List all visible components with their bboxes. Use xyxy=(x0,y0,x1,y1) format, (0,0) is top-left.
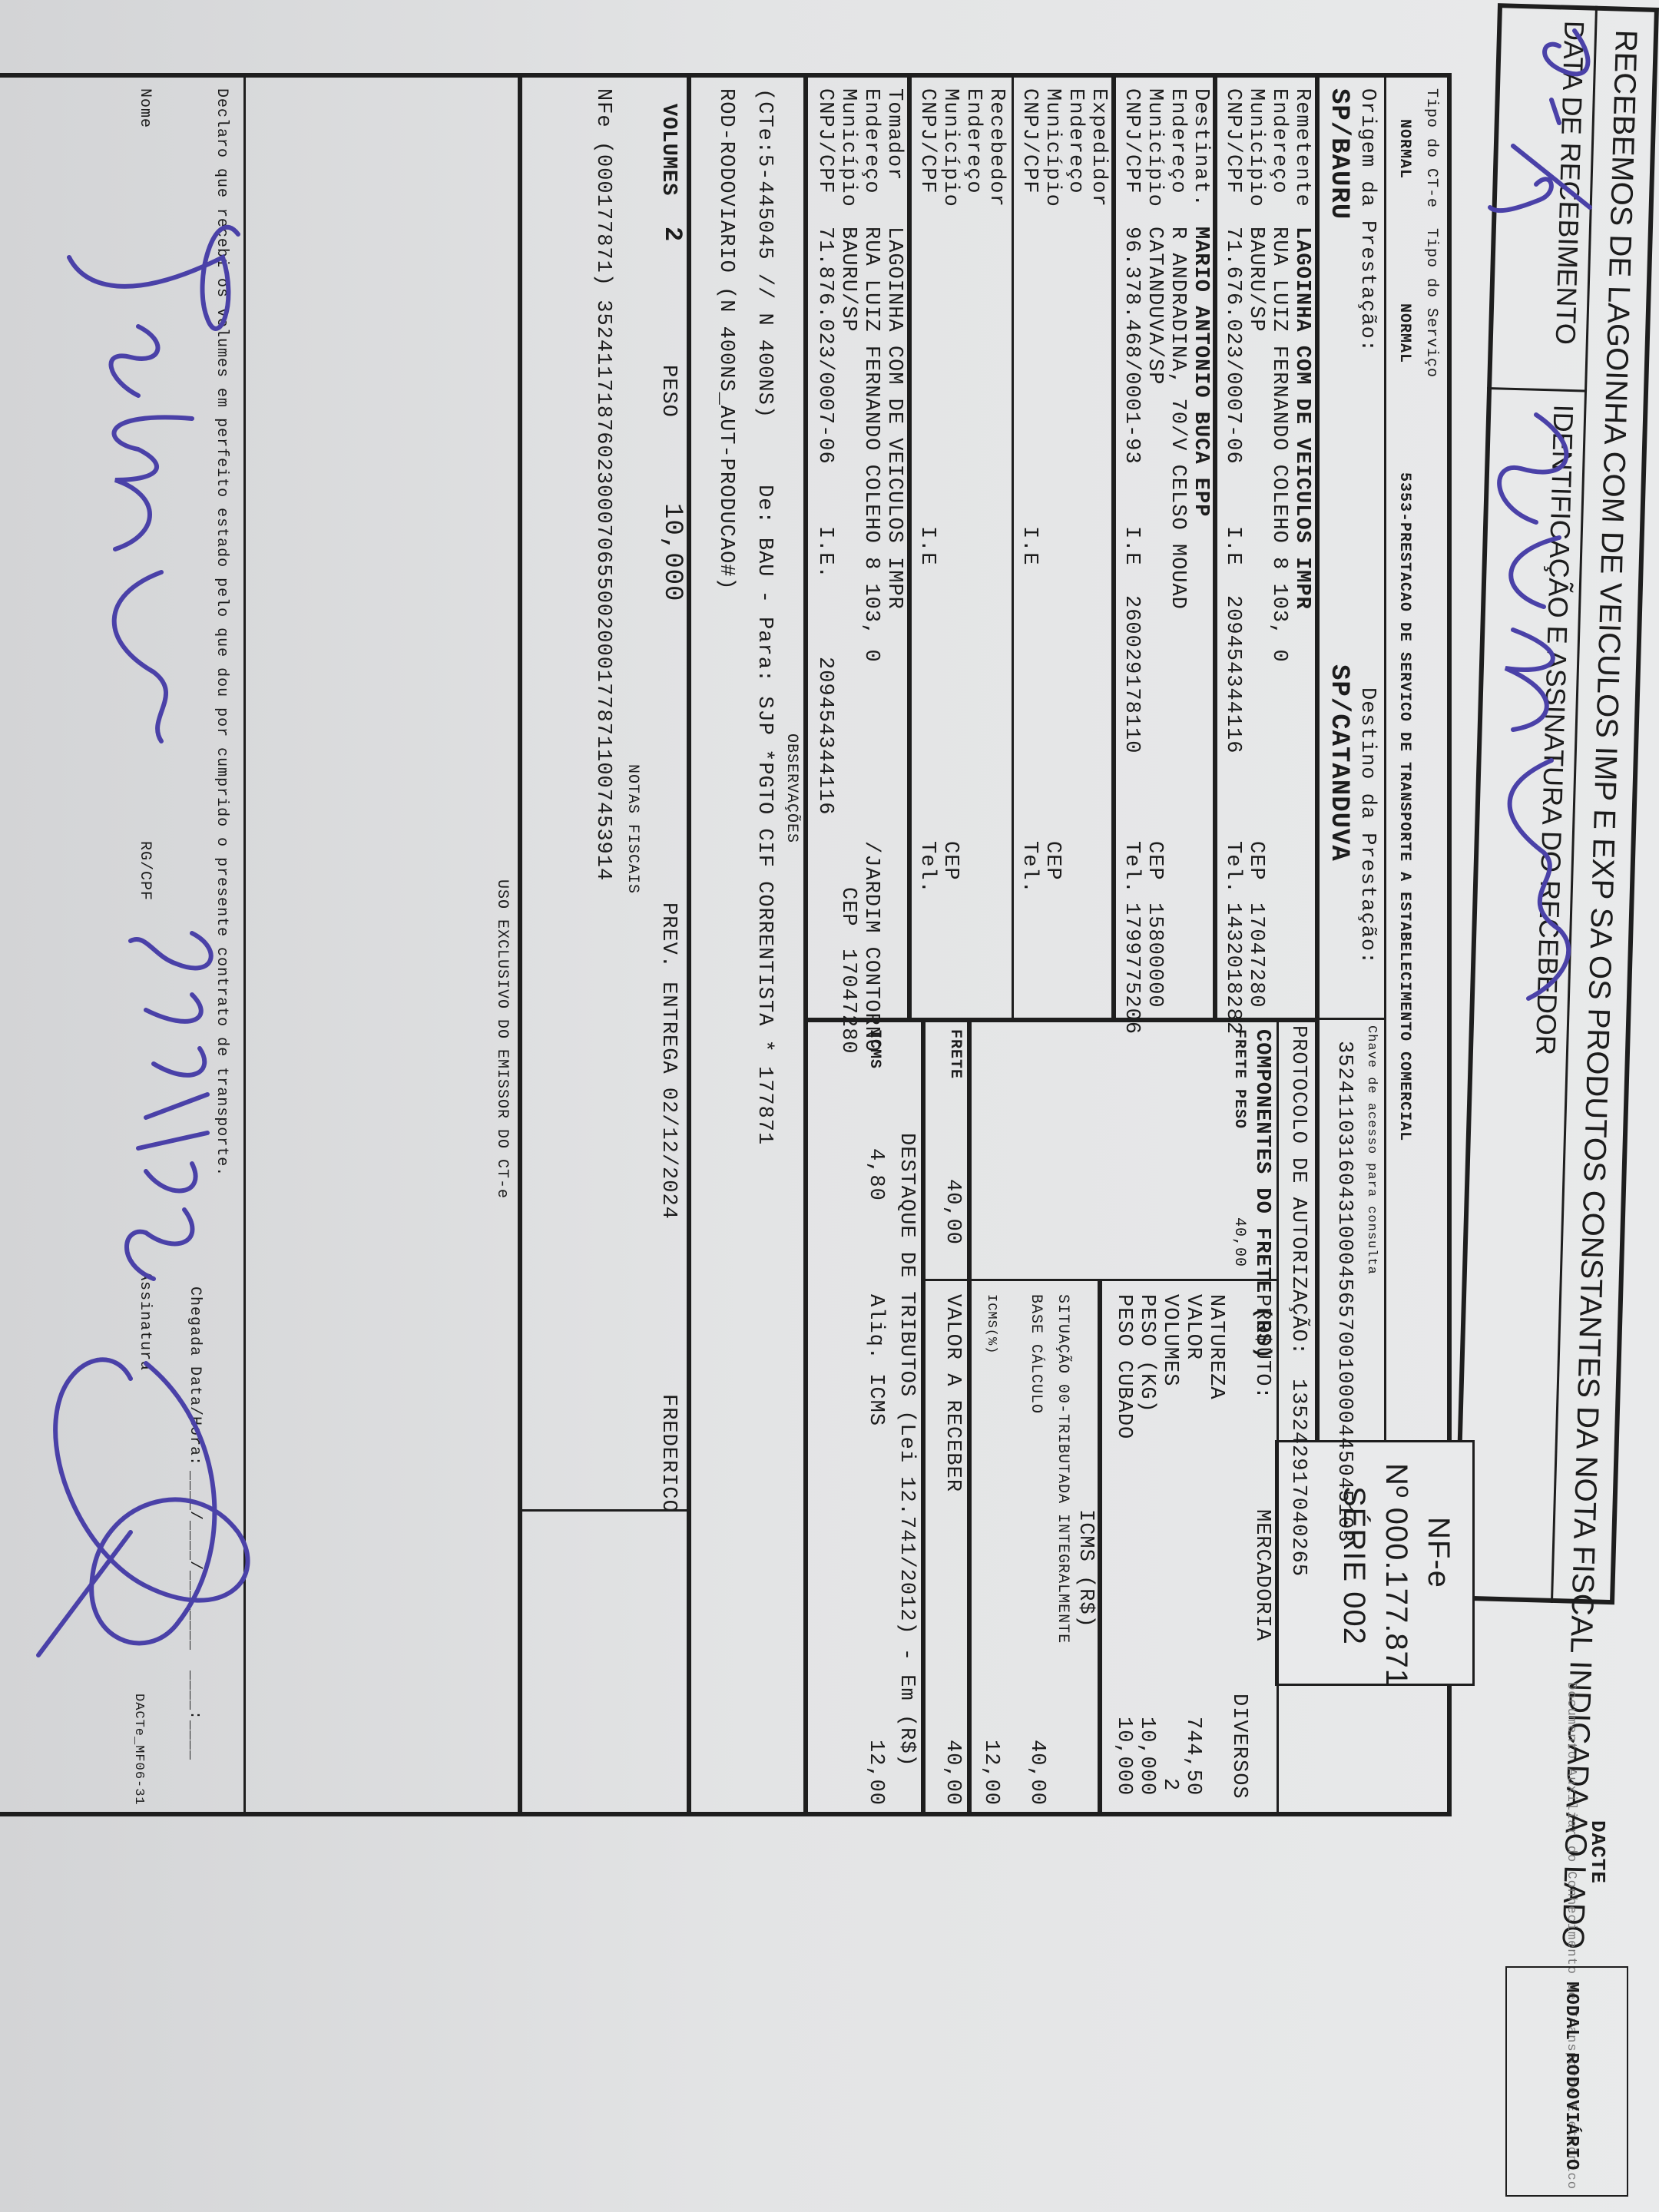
divider xyxy=(1111,73,1116,1018)
freight-item-label: FRETE PESO xyxy=(1230,1029,1248,1129)
main-form: NF-e Nº 000.177.871 SÉRIE 002 Tipo do CT… xyxy=(0,73,1452,1816)
divider xyxy=(1098,1279,1102,1816)
weight-label: PESO (KG) xyxy=(1135,1294,1158,1413)
divider xyxy=(808,1018,1320,1022)
icms-situation: SITUAÇÃO 00-TRIBUTADA INTEGRALMENTE xyxy=(1053,1294,1071,1644)
sender-doc-label: CNPJ/CPF xyxy=(1221,88,1244,194)
emitter-label: USO EXCLUSIVO DO EMISSOR DO CT-e xyxy=(492,879,511,1199)
divider xyxy=(907,73,912,1018)
driver-name: FREDERICO xyxy=(657,1394,680,1513)
divider xyxy=(1384,73,1386,1440)
divider xyxy=(1315,73,1320,1440)
dest-value: SP/CATANDUVA xyxy=(1324,664,1353,862)
recipient-ie: 260029178110 xyxy=(1120,595,1143,753)
recipient-doc: 96.378.468/0001-93 xyxy=(1120,227,1143,465)
payer-cep-label: CEP xyxy=(836,887,859,927)
recipient-city-label: Município xyxy=(1143,88,1166,207)
receipt-stub: RECEBEMOS DE LAGOINHA COM DE VEICULOS IM… xyxy=(1449,3,1659,1620)
divider xyxy=(921,1018,926,1816)
icms-rate-label: ICMS(%) xyxy=(983,1294,998,1354)
icms-base-label: BASE CÁLCULO xyxy=(1026,1294,1045,1414)
access-key: 35241103160431000456570010000445045103 xyxy=(1333,1041,1356,1543)
icms-base-value: 40,00 xyxy=(1025,1740,1048,1806)
invoice-line: NFe (000177871) 352411718760230007065500… xyxy=(591,88,614,881)
divider xyxy=(972,1279,1279,1281)
product-header: MERCADORIA xyxy=(1250,1509,1273,1641)
sender-name: LAGOINHA COM DE VEICULOS IMPR xyxy=(1290,227,1313,610)
receiver-doc-label: CNPJ/CPF xyxy=(916,88,939,194)
signature-label: Assinatura xyxy=(135,1271,154,1371)
protocol-label: PROTOCOLO DE AUTORIZAÇÃO: xyxy=(1286,1025,1310,1356)
dest-label: Destino da Prestação: xyxy=(1356,687,1379,965)
arrival-label: Chegada Data/Hora: xyxy=(185,1286,204,1466)
cubed-weight-value: 10,000 xyxy=(1112,1717,1135,1796)
observations-line-1: (CTe:5-445045 // N 400NS) De: BAU - Para… xyxy=(753,88,776,1145)
recipient-tel: 1799775206 xyxy=(1120,902,1143,1035)
value-label: VALOR xyxy=(1181,1294,1204,1360)
declaration-text: Declaro que recebi os volumes em perfeit… xyxy=(212,88,230,1177)
nature-label: NATUREZA xyxy=(1204,1294,1227,1400)
sender-tel-label: Tel. xyxy=(1221,841,1244,894)
divider xyxy=(243,73,246,1816)
cfop: 5353-PRESTACAO DE SERVICO DE TRANSPORTE … xyxy=(1395,472,1413,1141)
product-value: DIVERSOS xyxy=(1227,1694,1250,1800)
observations-title: OBSERVAÇÕES xyxy=(782,733,800,843)
sender-name-label: Remetente xyxy=(1290,88,1313,207)
total-freight-value: 40,00 xyxy=(941,1179,964,1245)
divider xyxy=(522,1509,691,1512)
invoices-title: NOTAS FISCAIS xyxy=(623,764,641,894)
icms-rate-value: 12,00 xyxy=(979,1740,1002,1806)
name-label: Nome xyxy=(135,88,154,128)
tax-icms-label: ICMS xyxy=(865,1029,883,1069)
nfe-label: NF-e xyxy=(1422,1517,1455,1588)
dacte-title: DACTE xyxy=(1586,1820,1609,1884)
recipient-ie-label: I.E xyxy=(1120,526,1143,566)
obs-volumes-value: 2 xyxy=(661,227,684,242)
payer-doc: 71.876.023/0007-06 xyxy=(813,227,836,465)
expected-delivery: PREV. ENTREGA 02/12/2024 xyxy=(657,902,680,1220)
shipper-address-label: Endereço xyxy=(1064,88,1087,194)
recipient-tel-label: Tel. xyxy=(1120,841,1143,894)
tax-icms-value: 4,80 xyxy=(864,1148,887,1201)
payer-city: BAURU/SP xyxy=(836,227,859,333)
payer-label: Tomador xyxy=(882,88,906,180)
payer-name: LAGOINHA COM DE VEICULOS IMPR xyxy=(882,227,906,610)
cte-type-value: NORMAL xyxy=(1395,119,1413,179)
recipient-city: CATANDUVA/SP xyxy=(1143,227,1166,385)
sender-city: BAURU/SP xyxy=(1244,227,1267,333)
origin-label: Origem da Prestação: xyxy=(1356,88,1379,353)
payer-address-label: Endereço xyxy=(859,88,882,194)
sender-city-label: Município xyxy=(1244,88,1267,207)
obs-weight-label: PESO xyxy=(657,365,680,418)
volumes-value: 2 xyxy=(1158,1778,1181,1791)
receiver-tel-label: Tel. xyxy=(916,841,939,894)
recipient-doc-label: CNPJ/CPF xyxy=(1120,88,1143,194)
recipient-name-label: Destinat. xyxy=(1189,88,1212,207)
sender-cep-label: CEP xyxy=(1244,841,1267,881)
sender-address: RUA LUIZ FERNANDO COLEHO 8 103, 0 xyxy=(1267,227,1290,663)
divider xyxy=(518,73,522,1816)
receiver-address-label: Endereço xyxy=(962,88,985,194)
divider xyxy=(1012,73,1014,1018)
total-freight-label: FRETE xyxy=(945,1029,964,1079)
payer-address: RUA LUIZ FERNANDO COLEHO 8 103, 0 xyxy=(859,227,882,663)
divider xyxy=(687,73,691,1816)
weight-value: 10,000 xyxy=(1135,1717,1158,1796)
freight-item-value: 40,00 xyxy=(1230,1217,1248,1267)
modal-label: MODAL RODOVIÁRIO xyxy=(1559,1982,1582,2171)
form-code: DACTe_MF06-31 xyxy=(131,1694,146,1806)
service-type-value: NORMAL xyxy=(1395,303,1413,363)
shipper-label: Expedidor xyxy=(1087,88,1110,207)
payer-cep: 17047280 xyxy=(836,949,859,1055)
sender-ie-label: I.E xyxy=(1221,526,1244,566)
shipper-ie-label: I.E xyxy=(1018,526,1041,566)
recipient-address-label: Endereço xyxy=(1166,88,1189,194)
obs-volumes-label: VOLUMES xyxy=(657,104,680,196)
sender-cep: 17047280 xyxy=(1244,902,1267,1008)
shipper-city-label: Município xyxy=(1041,88,1064,207)
icms-title: ICMS (R$) xyxy=(1074,1509,1097,1628)
tax-rate-value: 12,00 xyxy=(864,1740,887,1806)
sender-tel: 1432018282 xyxy=(1221,902,1244,1035)
dacte-header: DACTE Documento Auxiliar do Conhecimento… xyxy=(1452,1567,1659,2204)
dacte-document: RECEBEMOS DE LAGOINHA COM DE VEICULOS IM… xyxy=(0,0,1659,2212)
recipient-address: R ANDRADINA, 70/V CELSO MOUAD xyxy=(1166,227,1189,610)
arrival-field[interactable]: ____/____/________ ____:____ xyxy=(185,1471,204,1760)
service-type-label: Tipo do CT-e Tipo do Serviço xyxy=(1422,88,1440,378)
access-key-label: Chave de acesso para consulta xyxy=(1363,1025,1379,1275)
volumes-label: VOLUMES xyxy=(1158,1294,1181,1386)
receiver-label: Recebedor xyxy=(985,88,1008,207)
cubed-weight-label: PESO CUBADO xyxy=(1112,1294,1135,1439)
sender-address-label: Endereço xyxy=(1267,88,1290,194)
recipient-cep-label: CEP xyxy=(1143,841,1166,881)
receiver-ie-label: I.E xyxy=(916,526,939,566)
receivable-label: VALOR A RECEBER xyxy=(941,1294,964,1492)
shipper-cep-label: CEP xyxy=(1041,841,1064,881)
tax-rate-label: Aliq. ICMS xyxy=(864,1294,887,1426)
obs-weight-value: 10,000 xyxy=(661,503,684,601)
protocol-value: 135242917040265 xyxy=(1286,1379,1310,1577)
divider xyxy=(1277,1018,1279,1816)
recipient-name: MARIO ANTONIO BUCA EPP xyxy=(1189,227,1212,517)
receivable-value: 40,00 xyxy=(941,1740,964,1806)
divider xyxy=(1320,1018,1386,1020)
origin-value: SP/BAURU xyxy=(1324,88,1353,220)
receiver-city-label: Município xyxy=(939,88,962,207)
receiver-cep-label: CEP xyxy=(939,841,962,881)
divider xyxy=(1213,73,1217,1018)
sender-ie: 209454344116 xyxy=(1221,595,1244,753)
shipper-tel-label: Tel. xyxy=(1018,841,1041,894)
payer-ie-label: I.E. xyxy=(813,526,836,579)
sender-doc: 71.676.023/0007-06 xyxy=(1221,227,1244,465)
cargo-value: 744,50 xyxy=(1181,1717,1204,1796)
recipient-cep: 15800000 xyxy=(1143,902,1166,1008)
payer-doc-label: CNPJ/CPF xyxy=(813,88,836,194)
shipper-doc-label: CNPJ/CPF xyxy=(1018,88,1041,194)
nfe-number: Nº 000.177.871 xyxy=(1379,1463,1413,1687)
taxes-title: DESTAQUE DE TRIBUTOS (Lei 12.741/2012) -… xyxy=(895,1133,918,1767)
payer-ie: 209454344116 xyxy=(813,657,836,815)
divider xyxy=(967,1018,972,1816)
observations-line-2: ROD-RODOVIARIO (N 400NS_AUT-PRODUCAO#) xyxy=(714,88,737,591)
rg-label: RG/CPF xyxy=(135,841,154,901)
product-label: PRODUTO: xyxy=(1250,1294,1273,1400)
divider xyxy=(803,73,808,1816)
payer-city-label: Município xyxy=(836,88,859,207)
divider xyxy=(926,1279,972,1281)
